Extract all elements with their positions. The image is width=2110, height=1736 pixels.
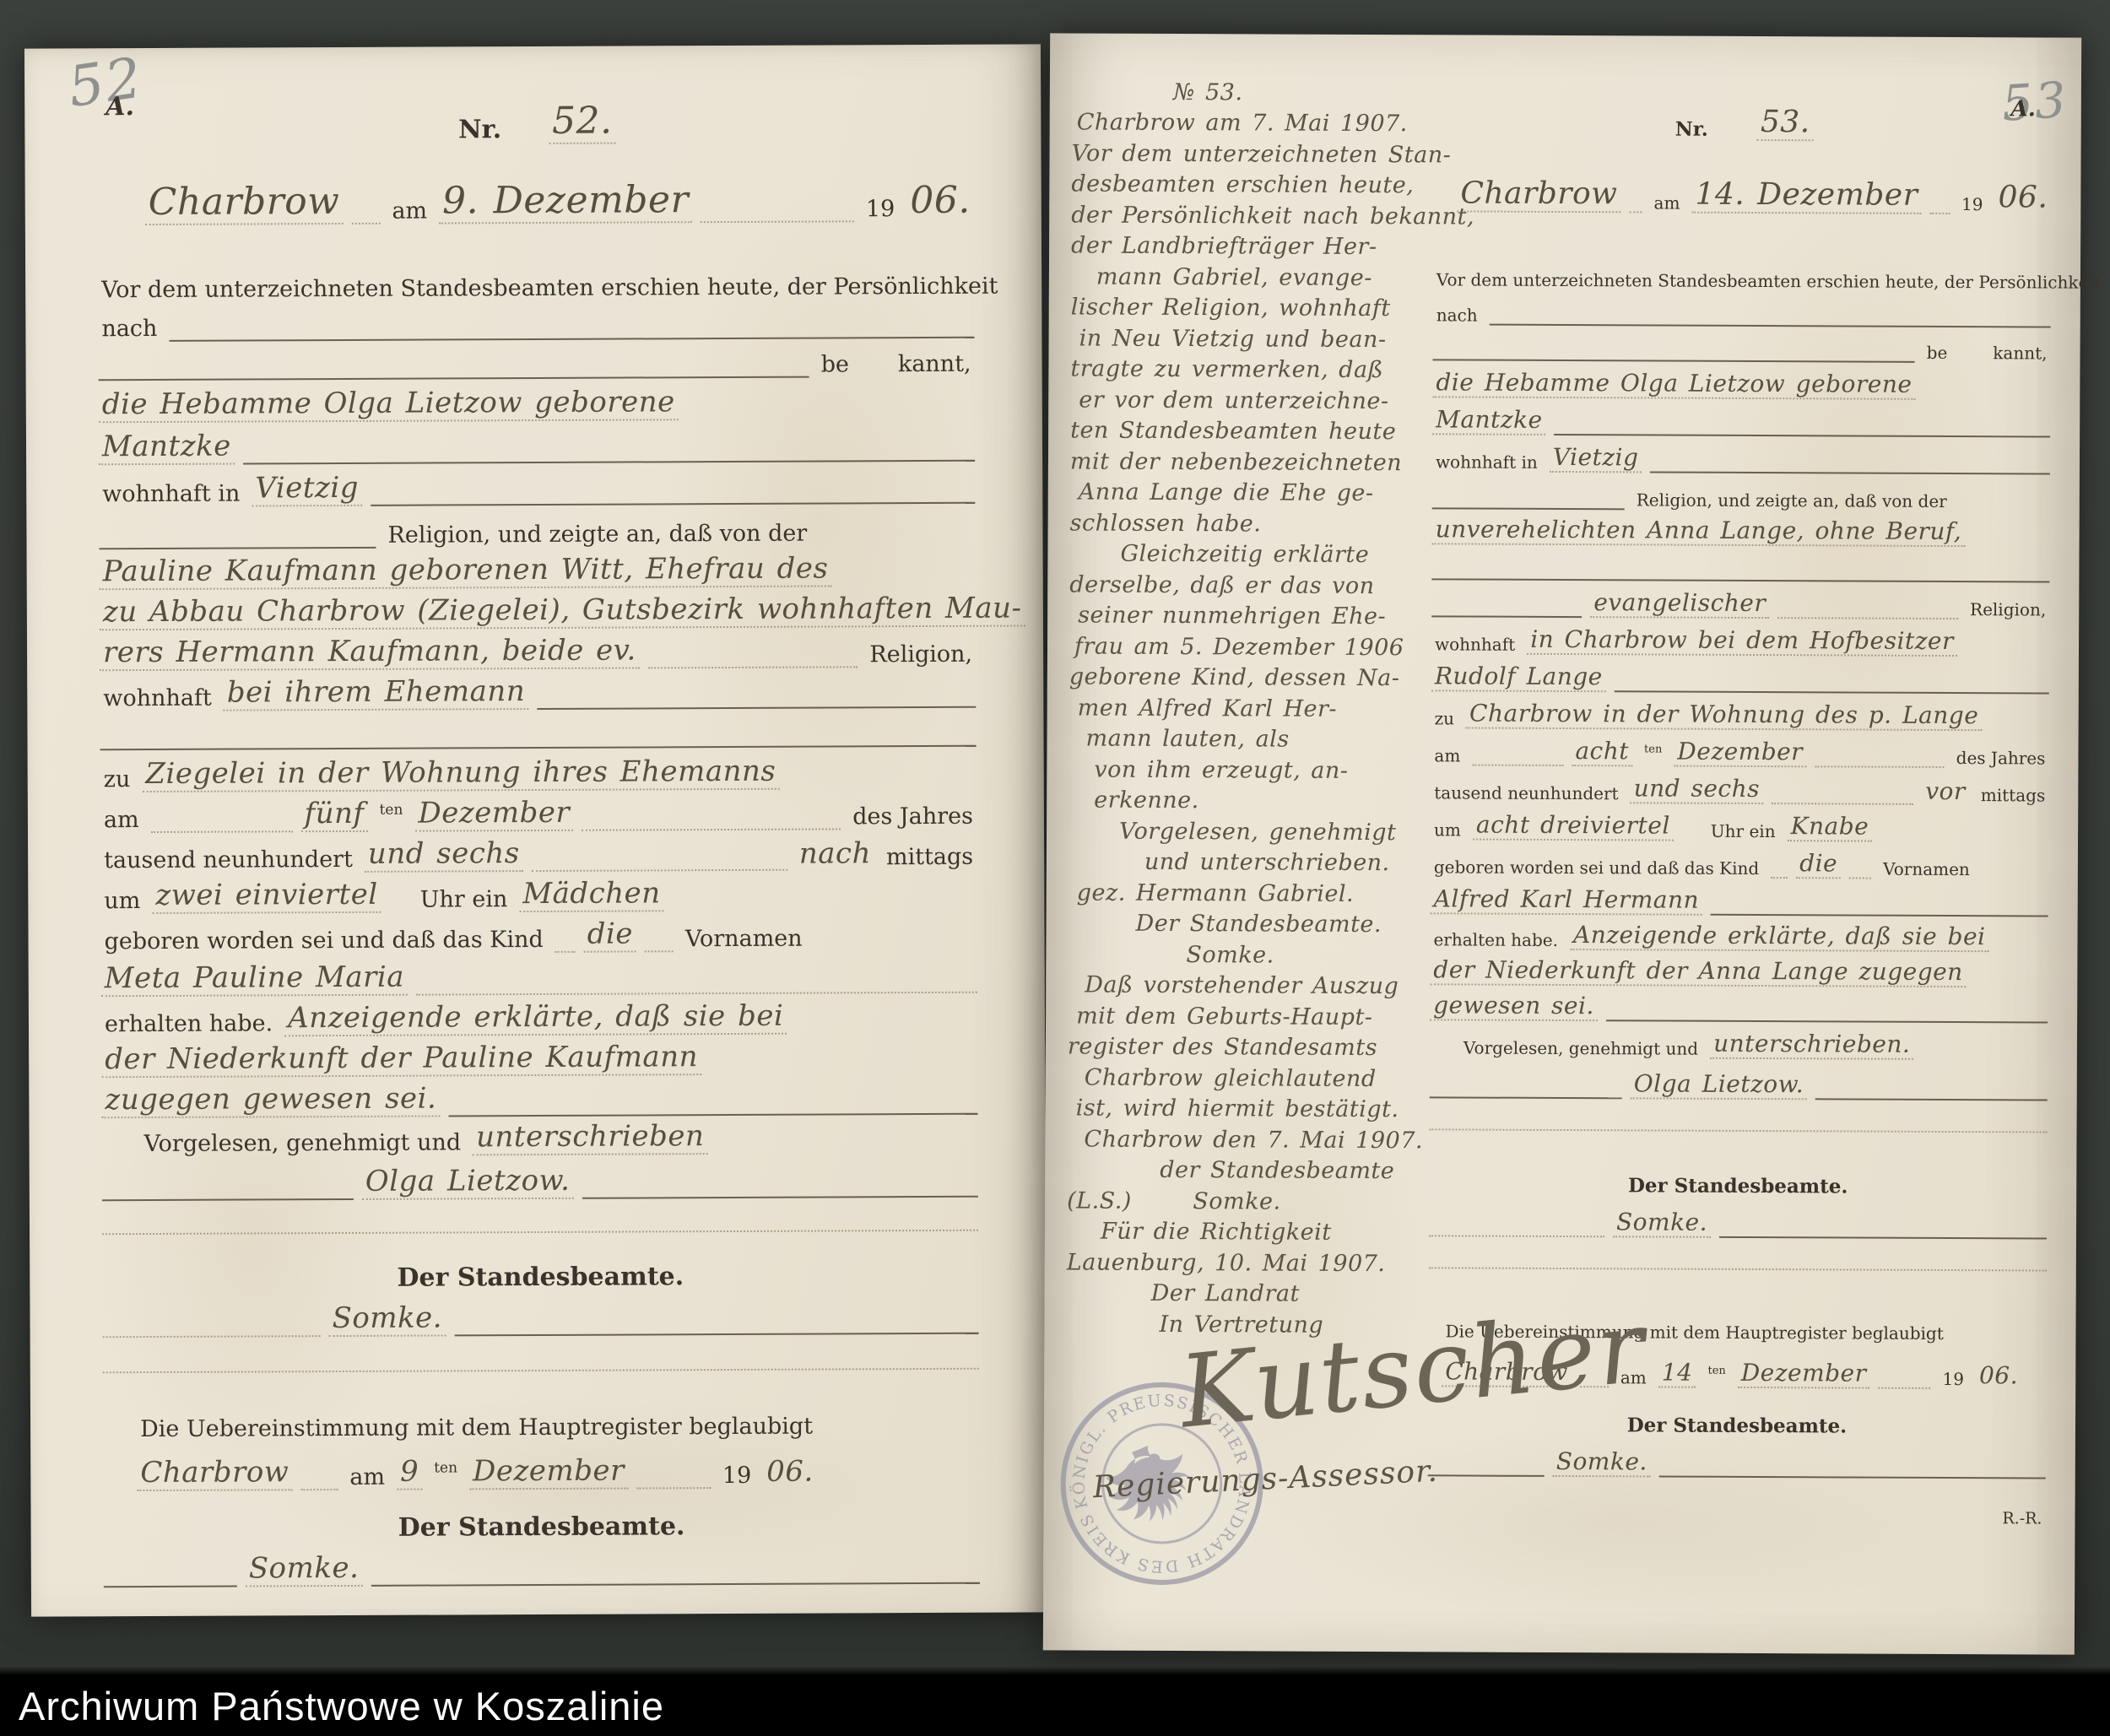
text-run: Uhr ein <box>417 886 511 912</box>
text-run: Somke. <box>246 1551 363 1587</box>
text-run: ist, wird hiermit bestätigt. <box>1073 1095 1403 1122</box>
blank-rule <box>1815 1084 2048 1101</box>
text-run: Der Standesbeamte. <box>393 1262 687 1293</box>
text-run: am <box>1651 192 1684 213</box>
text-run: in Charbrow bei dem Hofbesitzer <box>1527 625 1957 657</box>
text-run: rers Hermann Kaufmann, beide ev. <box>100 633 640 671</box>
blank-rule <box>1650 457 2050 475</box>
text-run: Dezember <box>1738 1359 1870 1389</box>
text-run: Somke. <box>1553 1447 1651 1478</box>
form-line <box>102 1198 978 1236</box>
text-run: gewesen sei. <box>1430 991 1598 1021</box>
blank-rule <box>371 1567 980 1587</box>
blank-rule <box>1720 126 1749 141</box>
text-run: 53. <box>1757 105 1814 141</box>
blank-rule <box>99 361 809 381</box>
text-run: ten <box>376 802 407 819</box>
text-run: zwei einviertel <box>152 878 381 914</box>
text-run: nach <box>1433 305 1481 325</box>
form-line: derselbe, daß er das von <box>1066 566 1431 598</box>
text-run: erhalten habe. <box>101 1010 276 1037</box>
form-line: unverehelichten Anna Lange, ohne Beruf, <box>1432 509 2050 547</box>
text-run: Dezember <box>469 1454 628 1490</box>
form-line: Der Standesbeamte. <box>103 1501 979 1544</box>
form-line: wohnhaftin Charbrow bei dem Hofbesitzer <box>1431 617 2049 657</box>
text-run: er vor dem unterzeichne- <box>1075 387 1392 414</box>
form-line: der Persönlichkeit nach bekannt, <box>1068 197 1432 229</box>
blank-rule <box>1429 1252 2047 1272</box>
form-line: Olga Lietzow. <box>1430 1057 2048 1101</box>
text-run: unterschrieben. <box>1710 1030 1913 1060</box>
text-run: und sechs <box>365 836 523 873</box>
text-run: 14 <box>1658 1359 1696 1388</box>
text-run: Meta Pauline Maria <box>101 960 408 998</box>
text-run: 19 <box>863 196 898 222</box>
text-run: tausend neunhundert <box>100 846 356 873</box>
form-line: amachttenDezemberdes Jahres <box>1431 728 2048 768</box>
text-run: wohnhaft <box>1431 634 1518 654</box>
form-line <box>103 1334 979 1374</box>
form-line: Vor dem unterzeichneten Standesbeamten e… <box>98 254 974 304</box>
blank-rule <box>390 898 408 913</box>
text-run: wohnhaft in <box>99 481 243 508</box>
text-run: Anzeigende erklärte, daß sie bei <box>1570 921 1989 952</box>
text-run: die <box>1796 849 1841 879</box>
blank-rule <box>103 1321 321 1339</box>
form-line: geboren worden sei und daß das KinddieVo… <box>1431 840 2048 879</box>
text-run: Religion, <box>1967 599 2049 619</box>
text-run: bei ihrem Ehemann <box>224 674 529 711</box>
form-line: Gleichzeitig erklärte <box>1066 536 1431 568</box>
text-run: geboren worden sei und daß das Kind <box>101 927 547 955</box>
text-run: Lauenburg, 10. Mai 1907. <box>1063 1249 1389 1277</box>
form-line: zu Abbau Charbrow (Ziegelei), Gutsbezirk… <box>100 587 976 631</box>
text-run: 06. <box>763 1455 817 1489</box>
text-run: lischer Religion, wohnhaft <box>1068 294 1394 322</box>
form-line: Vorgelesen, genehmigt undunterschrieben. <box>1430 1020 2048 1060</box>
form-line: wohnhaft inVietzig <box>1432 435 2050 474</box>
text-run: 19 <box>1939 1369 1967 1389</box>
blank-rule <box>1719 1221 2047 1239</box>
form-line: Nr.53. <box>1434 90 2052 142</box>
text-run: acht dreiviertel <box>1473 811 1674 841</box>
text-run: Uhr ein <box>1707 821 1779 841</box>
form-line: evangelischerReligion, <box>1431 580 2049 619</box>
register-page-nr-53: 53 A. № 53.Charbrow am 7. Mai 1907.Vor d… <box>1043 33 2081 1654</box>
text-run: ten <box>1641 743 1665 755</box>
form-line: von ihm erzeugt, an- <box>1065 751 1430 783</box>
text-run: (L.S.) Somke. <box>1063 1187 1285 1214</box>
form-line: gez. Hermann Gabriel. <box>1065 874 1430 906</box>
text-run: schlossen habe. <box>1067 510 1265 537</box>
text-run: Knabe <box>1788 812 1873 841</box>
text-run: Vorgelesen, genehmigt und <box>1460 1037 1702 1058</box>
blank-rule <box>102 1214 978 1235</box>
text-run: Der Standesbeamte. <box>1133 911 1386 938</box>
text-run: Religion, und zeigte an, daß von der <box>1633 489 1950 511</box>
blank-rule <box>1659 1461 2046 1479</box>
text-run: 06. <box>1976 1361 2021 1389</box>
archive-label: Archiwum Państwowe w Koszalinie <box>19 1683 664 1729</box>
text-run: be <box>1923 343 1951 363</box>
text-run: Gleichzeitig erklärte <box>1117 541 1372 568</box>
blank-rule <box>532 854 787 872</box>
text-run: in Neu Vietzig und bean- <box>1076 325 1390 353</box>
blank-rule <box>1777 603 1958 620</box>
text-run: vor <box>1922 777 1969 805</box>
blank-rule <box>1432 493 1625 511</box>
form-line: Pauline Kaufmann geborenen Witt, Ehefrau… <box>100 546 976 591</box>
blank-rule <box>1606 1005 2048 1024</box>
blank-rule <box>1615 676 2049 695</box>
form-line: amfünftenDezemberdes Jahres <box>100 789 977 834</box>
form-line: die Hebamme Olga Lietzow geborene <box>1432 360 2050 400</box>
text-run: erhalten habe. <box>1430 929 1561 950</box>
text-run: Charbrow <box>145 180 344 225</box>
text-run: der Standesbeamte <box>1156 1157 1398 1184</box>
text-run: Charbrow den 7. Mai 1907. <box>1080 1126 1426 1154</box>
text-run: des Jahres <box>849 803 977 830</box>
blank-rule <box>1472 749 1563 766</box>
blank-rule <box>1555 419 2051 437</box>
blank-rule <box>582 814 841 831</box>
text-run: kannt, <box>895 351 975 377</box>
text-run: geboren worden sei und daß das Kind <box>1431 857 1762 879</box>
text-run: 9. Dezember <box>439 178 692 224</box>
blank-rule <box>861 363 886 378</box>
form-line: gewesen sei. <box>1430 985 2048 1023</box>
form-line: mann lauten, als <box>1065 721 1430 753</box>
text-run: Charbrow gleichlautend <box>1081 1064 1380 1092</box>
form-line: R.-R. <box>1427 1498 2045 1528</box>
text-run: Vornamen <box>1880 859 1973 879</box>
text-run: acht <box>1572 737 1632 766</box>
form-line: bekannt, <box>1432 325 2050 363</box>
text-run: Der Landrat <box>1148 1280 1303 1307</box>
text-run: die Hebamme Olga Lietzow geborene <box>99 385 679 423</box>
text-run: Anzeigende erklärte, daß sie bei <box>284 999 787 1037</box>
form-line: bekannt, <box>98 338 974 381</box>
blank-rule <box>151 816 293 833</box>
form-line: umzwei einviertelUhr einMädchen <box>100 870 977 915</box>
text-run: des Jahres <box>1953 748 2049 768</box>
form-line: Charbrowam9. Dezember1906. <box>98 153 974 226</box>
text-run: zu Abbau Charbrow (Ziegelei), Gutsbezirk… <box>100 591 1025 630</box>
text-run: von ihm erzeugt, an- <box>1090 756 1351 783</box>
form-line: tausend neunhundertund sechsvormittags <box>1431 765 2048 805</box>
blank-rule <box>1959 348 1981 363</box>
text-run: Religion, <box>866 641 976 668</box>
blank-rule <box>1429 1220 1604 1238</box>
form-line: tausend neunhundertund sechsnachmittags <box>100 830 977 874</box>
blank-rule <box>636 1473 711 1490</box>
form-line: Religion, und zeigte an, daß von der <box>99 504 975 550</box>
form-line: register des Standesamts <box>1064 1029 1429 1061</box>
form-line: Meta Pauline Maria <box>101 951 977 998</box>
blank-rule <box>582 1181 977 1199</box>
form-line: Der Standesbeamte. <box>102 1252 978 1295</box>
text-run: und unterschrieben. <box>1141 849 1393 876</box>
text-run: 19 <box>719 1463 755 1489</box>
text-run: am <box>1431 745 1463 765</box>
form-line: umacht dreiviertelUhr einKnabe <box>1431 803 2048 842</box>
text-run: am <box>388 198 430 224</box>
text-run: zugegen gewesen sei. <box>101 1081 440 1118</box>
blank-rule <box>104 1571 237 1587</box>
form-line: Vorgelesen, genehmigt undunterschrieben <box>101 1115 977 1158</box>
form-line: zuCharbrow in der Wohnung des p. Lange <box>1431 691 2049 731</box>
text-run: unverehelichten Anna Lange, ohne Beruf, <box>1432 515 1966 547</box>
text-run: Somke. <box>328 1301 446 1337</box>
form-line: frau am 5. Dezember 1906 <box>1066 628 1431 660</box>
text-run: Nr. <box>455 115 505 144</box>
text-run: ten <box>1704 1365 1729 1377</box>
text-run: der Persönlichkeit nach bekannt, <box>1068 202 1478 230</box>
form-line: nach <box>98 300 974 343</box>
text-run: ten Standesbeamten heute <box>1067 417 1399 445</box>
text-run: mit dem Geburts-Haupt- <box>1073 1003 1377 1030</box>
form-line: Somke. <box>1429 1196 2047 1239</box>
form-line: zugegen gewesen sei. <box>101 1074 977 1119</box>
form-line: Der Standesbeamte. <box>1065 906 1430 938</box>
form-line <box>1429 1236 2047 1271</box>
text-run: mittags <box>883 844 977 870</box>
form-line: men Alfred Karl Her- <box>1066 690 1431 722</box>
text-run: der Niederkunft der Anna Lange zugegen <box>1430 955 1967 987</box>
form-line: Vor dem unterzeichneten Stan- <box>1068 135 1432 167</box>
text-run: Somke. <box>1613 1208 1711 1238</box>
form-line: Charbrowam14. Dezember1906. <box>1433 151 2051 214</box>
blank-rule <box>416 976 977 995</box>
text-run: Religion, und zeigte an, daß von der <box>384 521 810 549</box>
form-line: nach <box>1433 289 2051 327</box>
form-line: Somke. <box>1428 1436 2046 1479</box>
blank-rule <box>1711 899 2048 917</box>
blank-rule <box>371 487 975 506</box>
form-line: der Niederkunft der Anna Lange zugegen <box>1430 949 2048 987</box>
text-run: Vietzig <box>252 471 362 507</box>
text-run: seiner nunmehrigen Ehe- <box>1074 602 1389 630</box>
blank-rule <box>1849 863 1871 879</box>
text-run: Nr. <box>1672 118 1712 141</box>
text-run: 06. <box>906 179 974 222</box>
form-line: ten Standesbeamten heute <box>1067 413 1431 445</box>
text-run: Mantzke <box>99 430 235 466</box>
blank-rule <box>169 322 974 342</box>
text-run: um <box>1431 819 1464 840</box>
text-run: mann lauten, als <box>1082 726 1292 753</box>
text-run: Ziegelei in der Wohnung ihres Ehemanns <box>142 754 779 792</box>
form-line: mit dem Geburts-Haupt- <box>1064 998 1429 1030</box>
text-run: 9 <box>397 1455 422 1490</box>
text-run: ten <box>430 1459 461 1476</box>
form-line: Für die Richtigkeit <box>1063 1214 1428 1246</box>
form-line: lischer Religion, wohnhaft <box>1068 289 1432 322</box>
blank-rule <box>243 445 975 464</box>
text-run: unterschrieben <box>473 1119 707 1155</box>
text-run: 14. Dezember <box>1691 177 1921 214</box>
text-run: Alfred Karl Hermann <box>1431 884 1703 915</box>
text-run: Dezember <box>414 796 573 832</box>
text-run: wohnhaft in <box>1432 452 1541 473</box>
text-run: 52. <box>549 100 616 144</box>
form-line: Somke. <box>102 1290 978 1339</box>
text-run: Pauline Kaufmann geborenen Witt, Ehefrau… <box>100 551 832 590</box>
form-line: Somke. <box>104 1540 980 1588</box>
form-line: der Standesbeamte <box>1063 1152 1428 1184</box>
text-run: Charbrow in der Wohnung des p. Lange <box>1466 700 1982 732</box>
text-run: men Alfred Karl Her- <box>1074 695 1341 722</box>
text-run: gez. Hermann Gabriel. <box>1074 879 1357 906</box>
form-line: Der Landrat <box>1063 1275 1428 1307</box>
form-line: Nr.52. <box>97 90 973 147</box>
form-line: zuZiegelei in der Wohnung ihres Ehemanns <box>100 747 977 793</box>
text-run: Charbrow <box>137 1455 292 1491</box>
blank-rule <box>99 532 376 549</box>
text-run: und sechs <box>1631 774 1764 804</box>
blank-rule <box>1430 1114 2048 1133</box>
form-line: Charbrow den 7. Mai 1907. <box>1063 1121 1428 1153</box>
blank-rule <box>648 652 858 669</box>
text-run: desbeamten erschien heute, <box>1068 170 1417 198</box>
form-line: Lauenburg, 10. Mai 1907. <box>1063 1244 1428 1276</box>
form-line: und unterschrieben. <box>1065 844 1430 876</box>
register-page-nr-52: 52 A. Nr.52.Charbrowam9. Dezember1906.Vo… <box>24 44 1047 1616</box>
text-run: mann Gabriel, evange- <box>1093 263 1376 290</box>
blank-rule <box>300 1474 338 1490</box>
text-run: Olga Lietzow. <box>362 1164 574 1200</box>
form-line: Mantzke <box>99 419 975 466</box>
text-run: Mantzke <box>1432 405 1546 435</box>
form-line: mit der nebenbezeichneten <box>1067 443 1431 475</box>
text-run: der Landbriefträger Her- <box>1068 232 1381 260</box>
blank-rule <box>513 129 540 144</box>
text-run: tragte zu vermerken, daß <box>1067 355 1387 383</box>
text-run: Vor dem unterzeichneten Stan- <box>1068 140 1454 168</box>
text-run: Mädchen <box>519 876 663 912</box>
form-line: der Niederkunft der Pauline Kaufmann <box>101 1034 977 1079</box>
form-line: Religion, und zeigte an, daß von der <box>1432 472 2050 511</box>
text-run: Die Uebereinstimmung mit dem Hauptregist… <box>137 1414 816 1443</box>
text-run: fünf <box>301 797 368 832</box>
form-line: erhalten habe.Anzeigende erklärte, daß s… <box>101 993 977 1038</box>
form-line: in Neu Vietzig und bean- <box>1068 320 1432 352</box>
text-run: Vor dem unterzeichneten Standesbeamten e… <box>98 273 1001 304</box>
text-run: 06. <box>1994 180 2051 214</box>
blank-rule <box>1428 1460 1545 1477</box>
text-run: Anna Lange die Ehe ge- <box>1075 479 1377 506</box>
blank-rule <box>645 936 674 953</box>
text-run: Der Standesbeamte. <box>1625 1174 1852 1198</box>
form-line: wohnhaftbei ihrem Ehemann <box>100 668 976 712</box>
blank-rule <box>1771 862 1788 879</box>
blank-rule <box>1490 309 2051 327</box>
text-run: Der Standesbeamte. <box>395 1512 689 1543</box>
text-run: kannt, <box>1989 343 2050 363</box>
marginal-legitimation-note: № 53.Charbrow am 7. Mai 1907.Vor dem unt… <box>1063 73 1433 1338</box>
blank-rule <box>1682 826 1699 841</box>
form-line: wohnhaft inVietzig <box>99 462 975 508</box>
form-line: Charbrow gleichlautend <box>1064 1059 1429 1091</box>
text-run: mit der nebenbezeichneten <box>1067 448 1405 476</box>
blank-rule <box>351 208 380 224</box>
text-run: derselbe, daß er das von <box>1066 571 1377 599</box>
text-run: am <box>346 1464 388 1490</box>
form-line: rers Hermann Kaufmann, beide ev.Religion… <box>100 627 976 672</box>
blank-rule <box>1772 787 1913 804</box>
form-line <box>1430 1098 2048 1133</box>
form-line: er vor dem unterzeichne- <box>1067 381 1431 414</box>
form-line: geborene Kind, dessen Na- <box>1066 659 1431 691</box>
text-run: Für die Richtigkeit <box>1097 1219 1335 1246</box>
form-line <box>100 708 976 751</box>
text-run: tausend neunhundert <box>1431 782 1621 803</box>
text-run: Der Standesbeamte. <box>1624 1414 1851 1437</box>
form-line: Daß vorstehender Auszug <box>1064 967 1429 999</box>
text-run: frau am 5. Dezember 1906 <box>1071 633 1408 661</box>
form-line: der Landbriefträger Her- <box>1068 228 1432 260</box>
blank-rule <box>537 691 976 710</box>
form-line: die Hebamme Olga Lietzow geborene <box>99 377 975 424</box>
text-run: die Hebamme Olga Lietzow geborene <box>1432 368 1915 399</box>
form-line: ist, wird hiermit bestätigt. <box>1064 1090 1429 1122</box>
form-line: seiner nunmehrigen Ehe- <box>1066 598 1431 630</box>
form-line: Alfred Karl Hermann <box>1431 877 2048 917</box>
form-line: (L.S.) Somke. <box>1063 1182 1428 1214</box>
text-run: geborene Kind, dessen Na- <box>1066 663 1404 691</box>
form-line: desbeamten erschien heute, <box>1068 166 1432 198</box>
text-run: Charbrow am 7. Mai 1907. <box>1074 109 1411 137</box>
text-run: evangelischer <box>1590 588 1769 619</box>
blank-rule <box>103 1353 979 1373</box>
text-run: der Niederkunft der Pauline Kaufmann <box>101 1040 701 1078</box>
form-line: tragte zu vermerken, daß <box>1067 351 1431 383</box>
archive-scan-background: 52 A. Nr.52.Charbrowam9. Dezember1906.Vo… <box>0 0 2110 1736</box>
blank-rule <box>1431 601 1582 618</box>
form-line <box>1431 544 2049 582</box>
text-run: Dezember <box>1674 738 1806 768</box>
text-run: nach <box>796 836 874 870</box>
text-run: Vor dem unterzeichneten Standesbeamten e… <box>1433 269 2104 292</box>
form-line: Vor dem unterzeichneten Standesbeamten e… <box>1433 251 2051 292</box>
form-line: schlossen habe. <box>1067 505 1431 537</box>
text-run: Rudolf Lange <box>1431 662 1606 692</box>
blank-rule <box>448 1098 977 1117</box>
form-line: Charbrow am 7. Mai 1907. <box>1069 105 1433 137</box>
text-run: nach <box>98 316 160 342</box>
text-run: Charbrow <box>1457 176 1620 213</box>
form-line: mann Gabriel, evange- <box>1068 258 1432 290</box>
text-run: Somke. <box>1182 942 1277 968</box>
blank-rule <box>1432 344 1914 363</box>
text-run: die <box>584 917 636 952</box>
archive-bar: Archiwum Państwowe w Koszalinie <box>0 1675 2110 1736</box>
text-run: Vorgelesen, genehmigt <box>1116 818 1399 845</box>
form-line: Mantzke <box>1432 397 2050 437</box>
blank-rule <box>1929 197 1950 214</box>
form-line: Charbrowam9tenDezember1906. <box>103 1439 979 1492</box>
blank-rule <box>701 206 854 223</box>
text-run: register des Standesamts <box>1064 1033 1381 1061</box>
form-line: geboren worden sei und daß das KinddieVo… <box>100 911 977 955</box>
form-line: Die Uebereinstimmung mit dem Hauptregist… <box>103 1400 979 1443</box>
blank-rule <box>454 1317 979 1336</box>
text-run: Daß vorstehender Auszug <box>1081 972 1402 1000</box>
text-run: Olga Lietzow. <box>1631 1069 1808 1100</box>
text-run: zu <box>100 766 134 792</box>
form-line: Somke. <box>1064 936 1429 968</box>
text-run: um <box>100 888 143 914</box>
